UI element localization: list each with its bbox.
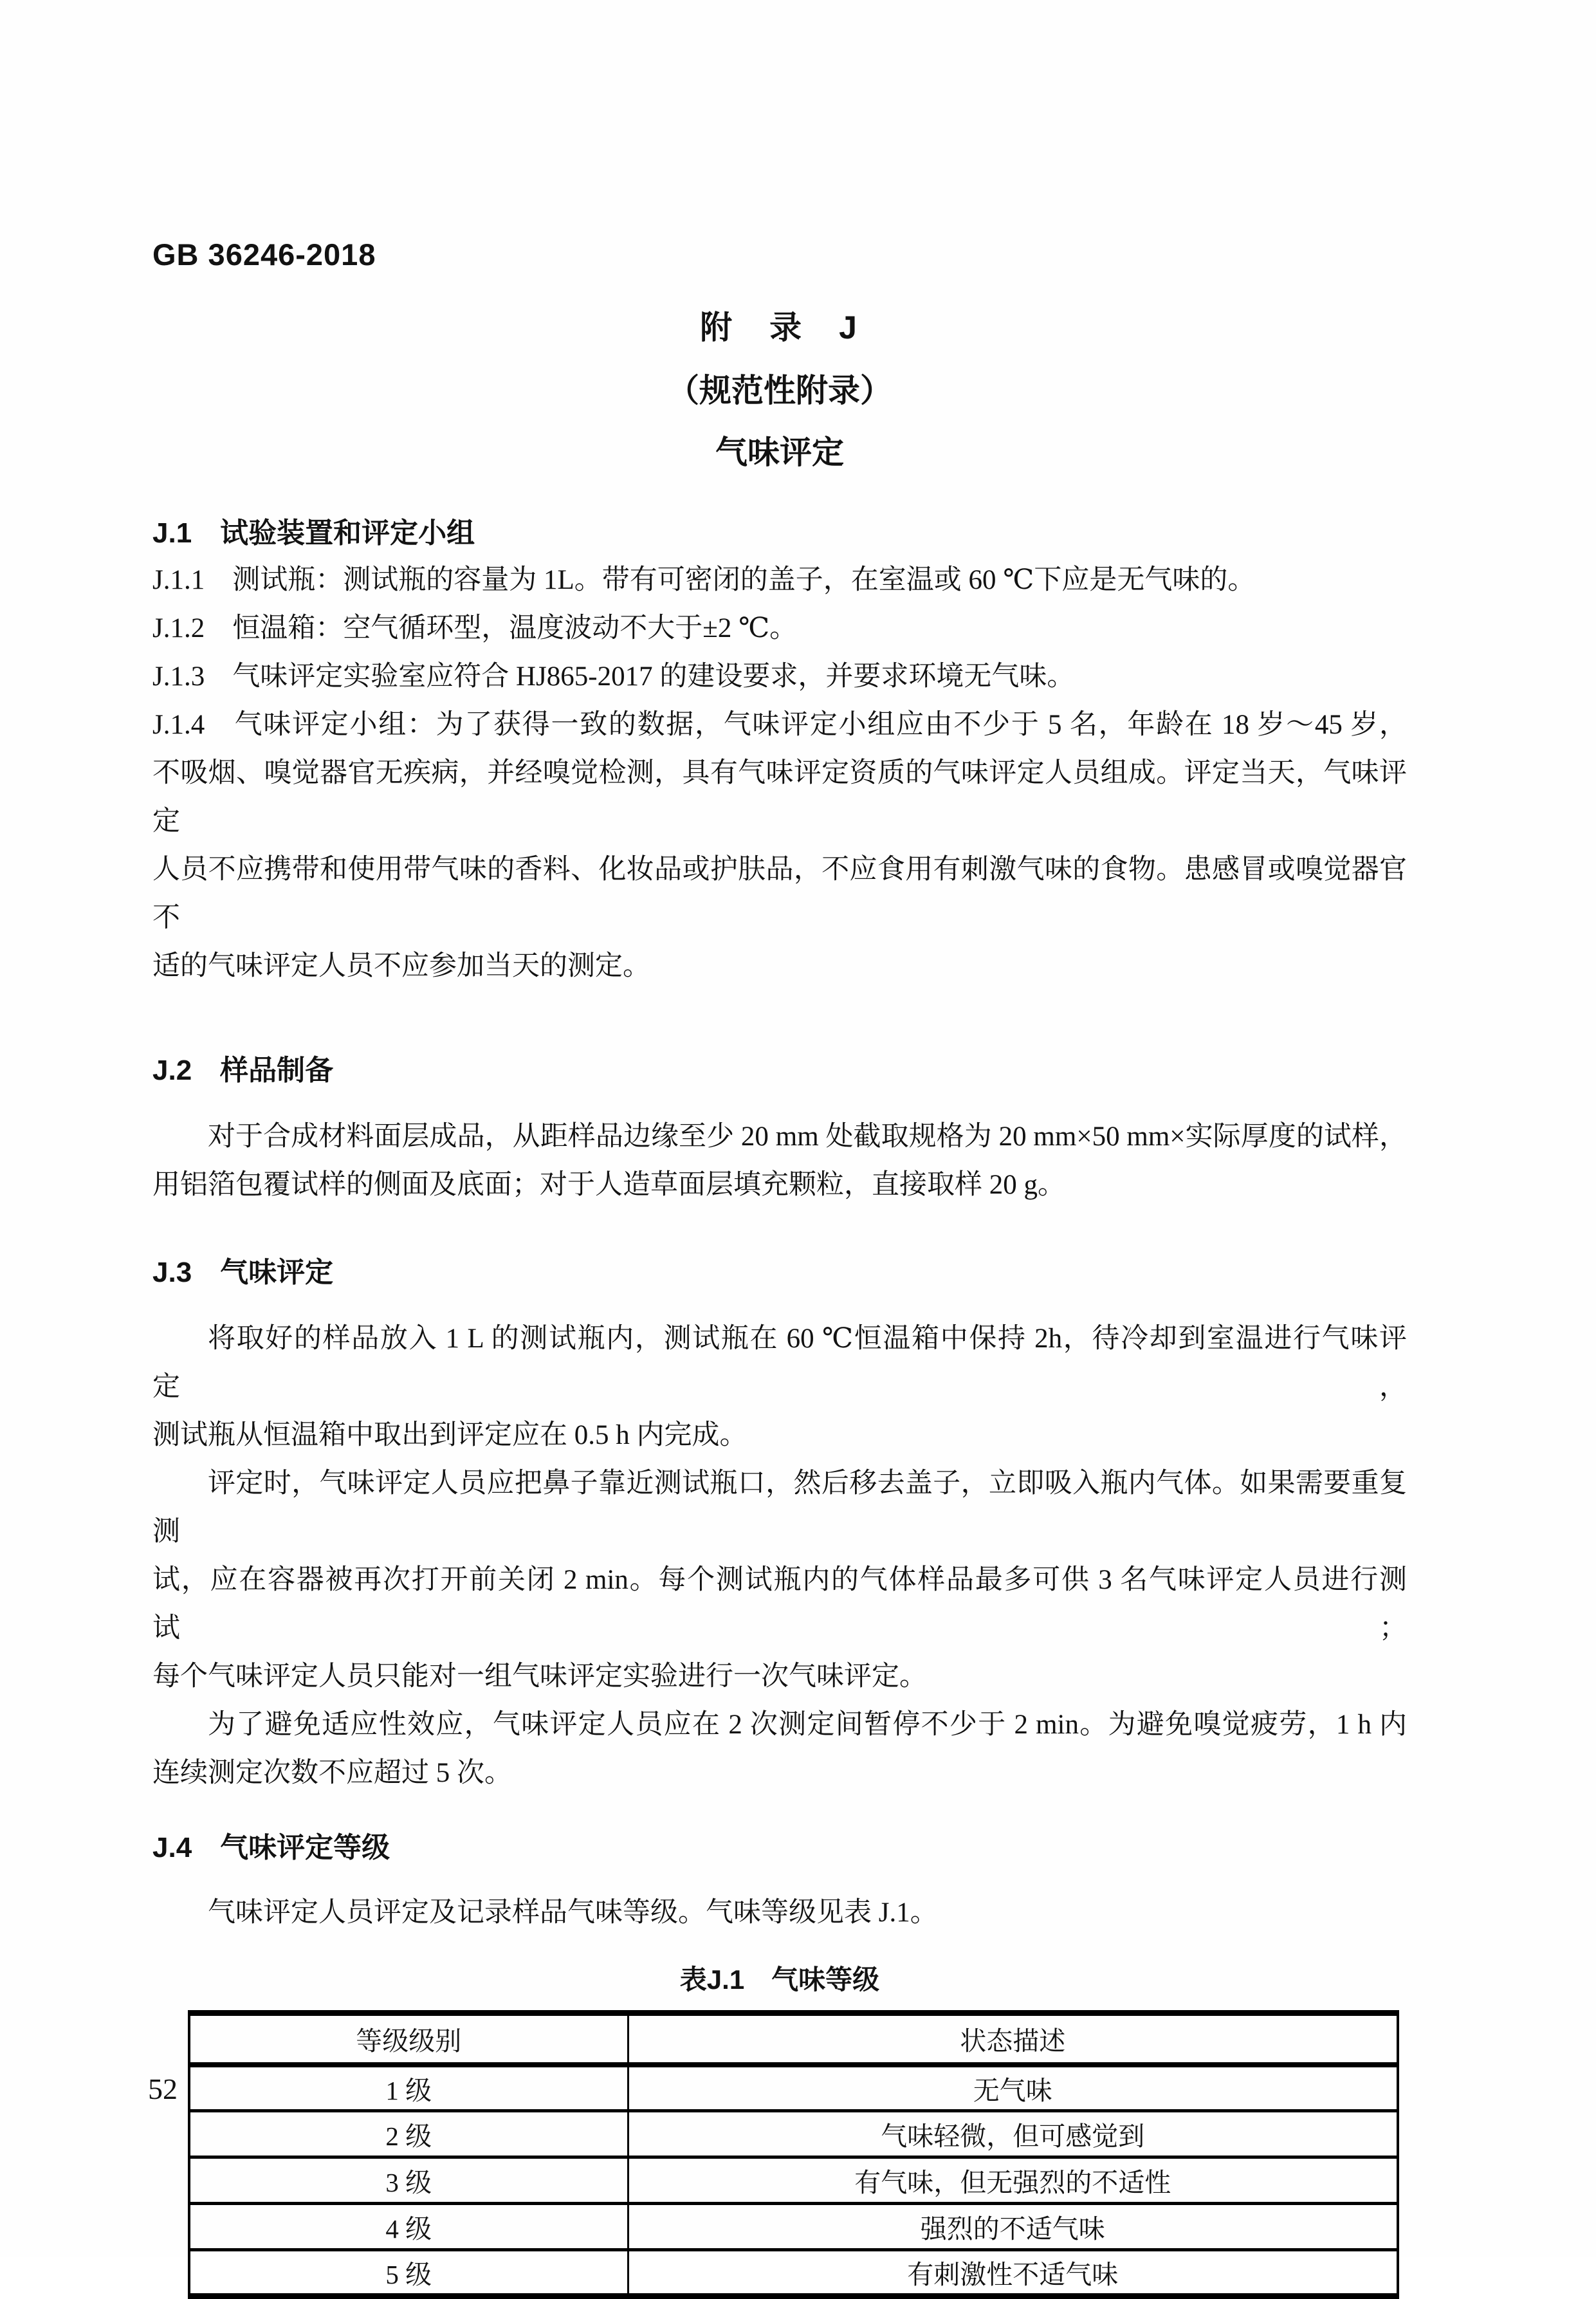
text-line: 适的气味评定人员不应参加当天的测定。 [152, 942, 1407, 990]
page-number: 52 [148, 2073, 178, 2105]
text-line: 气味评定人员评定及记录样品气味等级。气味等级见表 J.1。 [152, 1888, 1407, 1937]
section-j2-body: 对于合成材料面层成品，从距样品边缘至少 20 mm 处截取规格为 20 mm×5… [152, 1113, 1407, 1209]
text-line: J.1.2 恒温箱：空气循环型，温度波动不大于±2 ℃。 [152, 604, 1407, 652]
text-line: J.1.4 气味评定小组：为了获得一致的数据，气味评定小组应由不少于 5 名，年… [152, 701, 1407, 749]
text-line: 人员不应携带和使用带气味的香料、化妆品或护肤品，不应食用有刺激气味的食物。患感冒… [152, 845, 1407, 942]
table-row: 5 级 有刺激性不适气味 [189, 2250, 1398, 2296]
description-cell: 无气味 [628, 2065, 1398, 2111]
table-caption: 表J.1 气味等级 [152, 1964, 1407, 1996]
text-line: 不吸烟、嗅觉器官无疾病，并经嗅觉检测，具有气味评定资质的气味评定人员组成。评定当… [152, 749, 1407, 845]
grade-cell: 5 级 [189, 2250, 628, 2296]
text-line: 将取好的样品放入 1 L 的测试瓶内，测试瓶在 60 ℃恒温箱中保持 2h，待冷… [152, 1315, 1407, 1411]
text-line: J.1.1 测试瓶：测试瓶的容量为 1L。带有可密闭的盖子，在室温或 60 ℃下… [152, 556, 1407, 604]
table-row: 1 级 无气味 [189, 2065, 1398, 2111]
text-line: 连续测定次数不应超过 5 次。 [152, 1749, 1407, 1797]
appendix-title: 附 录 J [152, 309, 1407, 346]
document-body: GB 36246-2018 附 录 J （规范性附录） 气味评定 J.1 试验装… [152, 237, 1407, 2299]
description-cell: 气味轻微，但可感觉到 [628, 2111, 1398, 2157]
document-page: GB 36246-2018 附 录 J （规范性附录） 气味评定 J.1 试验装… [0, 0, 1596, 2257]
table-row: 3 级 有气味，但无强烈的不适性 [189, 2157, 1398, 2204]
table-row: 4 级 强烈的不适气味 [189, 2204, 1398, 2250]
text-line: 试，应在容器被再次打开前关闭 2 min。每个测试瓶内的气体样品最多可供 3 名… [152, 1556, 1407, 1652]
description-cell: 有刺激性不适气味 [628, 2250, 1398, 2296]
odor-grade-table: 等级级别 状态描述 1 级 无气味 2 级 气味轻微，但可感觉到 3 级 有气味… [188, 2010, 1399, 2299]
grade-cell: 1 级 [189, 2065, 628, 2111]
text-line: 为了避免适应性效应，气味评定人员应在 2 次测定间暂停不少于 2 min。为避免… [152, 1701, 1407, 1749]
grade-cell: 2 级 [189, 2111, 628, 2157]
text-line: J.1.3 气味评定实验室应符合 HJ865-2017 的建设要求，并要求环境无… [152, 652, 1407, 701]
grade-cell: 3 级 [189, 2157, 628, 2204]
table-header-row: 等级级别 状态描述 [189, 2013, 1398, 2065]
text-line: 评定时，气味评定人员应把鼻子靠近测试瓶口，然后移去盖子，立即吸入瓶内气体。如果需… [152, 1459, 1407, 1556]
standard-code: GB 36246-2018 [152, 237, 1407, 273]
text-line: 每个气味评定人员只能对一组气味评定实验进行一次气味评定。 [152, 1652, 1407, 1701]
appendix-note: （规范性附录） [152, 372, 1407, 409]
section-heading-j1: J.1 试验装置和评定小组 [152, 516, 1407, 551]
text-line: 测试瓶从恒温箱中取出到评定应在 0.5 h 内完成。 [152, 1411, 1407, 1459]
section-j4-body: 气味评定人员评定及记录样品气味等级。气味等级见表 J.1。 [152, 1888, 1407, 1937]
section-j3-body: 将取好的样品放入 1 L 的测试瓶内，测试瓶在 60 ℃恒温箱中保持 2h，待冷… [152, 1315, 1407, 1797]
appendix-subject: 气味评定 [152, 434, 1407, 471]
description-cell: 强烈的不适气味 [628, 2204, 1398, 2250]
column-header-description: 状态描述 [628, 2013, 1398, 2065]
section-heading-j2: J.2 样品制备 [152, 1053, 1407, 1088]
grade-cell: 4 级 [189, 2204, 628, 2250]
text-line: 对于合成材料面层成品，从距样品边缘至少 20 mm 处截取规格为 20 mm×5… [152, 1113, 1407, 1161]
section-j1-body: J.1.1 测试瓶：测试瓶的容量为 1L。带有可密闭的盖子，在室温或 60 ℃下… [152, 556, 1407, 990]
column-header-grade: 等级级别 [189, 2013, 628, 2065]
text-line: 用铝箔包覆试样的侧面及底面；对于人造草面层填充颗粒，直接取样 20 g。 [152, 1161, 1407, 1209]
table-row: 2 级 气味轻微，但可感觉到 [189, 2111, 1398, 2157]
description-cell: 有气味，但无强烈的不适性 [628, 2157, 1398, 2204]
section-heading-j4: J.4 气味评定等级 [152, 1831, 1407, 1865]
section-heading-j3: J.3 气味评定 [152, 1255, 1407, 1290]
